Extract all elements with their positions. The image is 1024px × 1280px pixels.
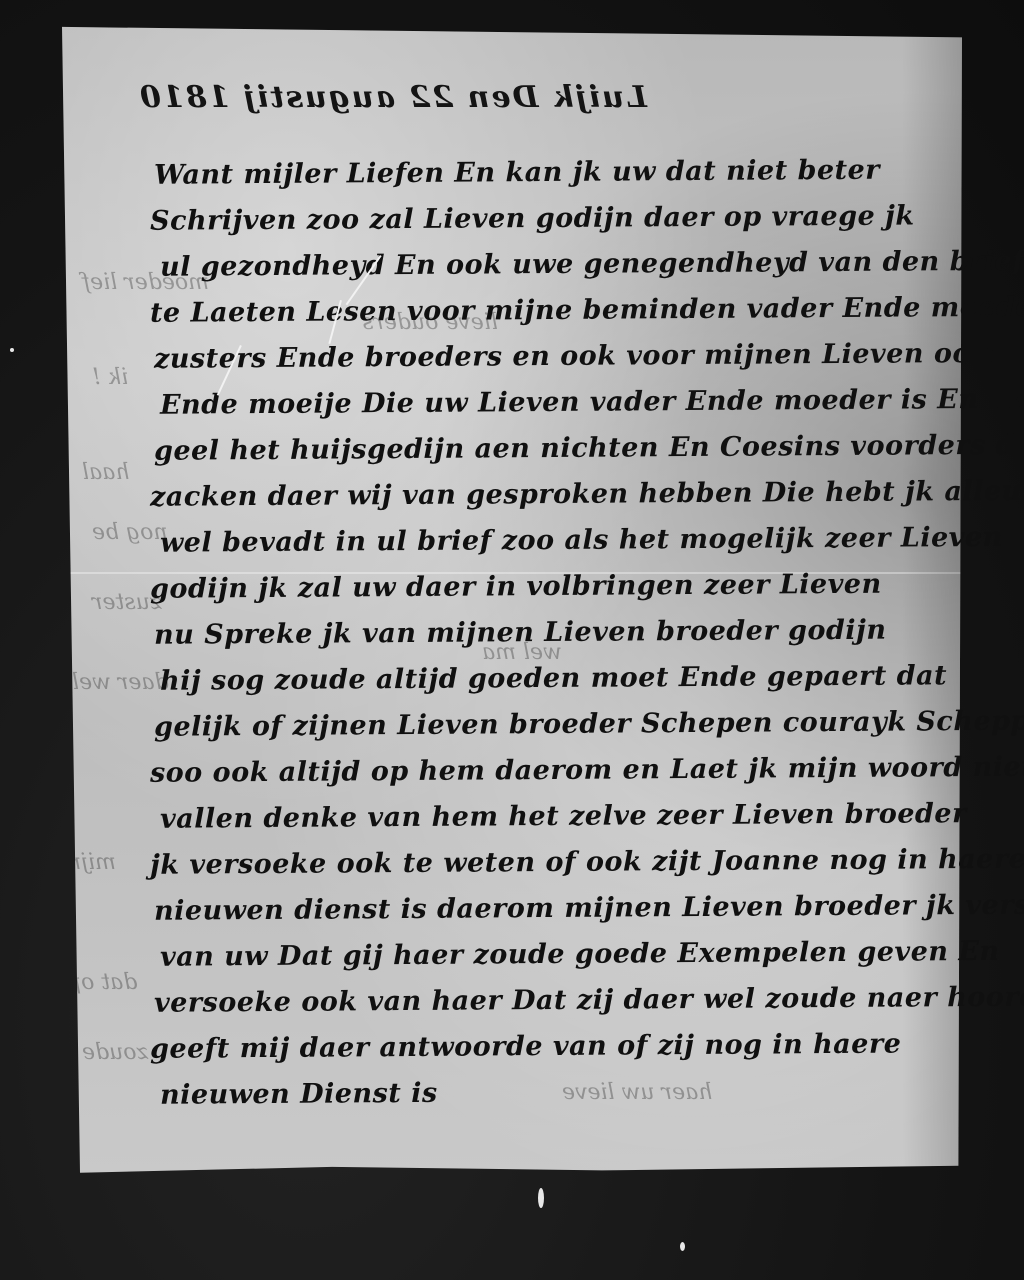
handwritten-line: zacken daer wij van gesproken hebben Die… [150, 469, 950, 521]
handwritten-line: geel het huijsgedijn aen nichten En Coes… [150, 423, 950, 475]
scan-speck [538, 1188, 544, 1208]
handwritten-line: soo ook altijd op hem daerom en Laet jk … [150, 745, 950, 797]
handwritten-line: ul gezondheyd En ook uwe genegendheyd va… [150, 239, 950, 291]
handwritten-line: geeft mij daer antwoorde van of zij nog … [150, 1021, 950, 1073]
scan-speck [680, 1242, 685, 1251]
bleed-through-text: zoude [82, 1040, 148, 1065]
handwritten-line: vallen denke van hem het zelve zeer Liev… [150, 791, 950, 843]
bleed-through-text: mijn [67, 850, 116, 875]
handwritten-line: Ende moeije Die uw Lieven vader Ende moe… [150, 377, 950, 429]
letter-body: Want mijler Liefen En kan jk uw dat niet… [150, 150, 950, 1116]
handwritten-line: nieuwen dienst is daerom mijnen Lieven b… [150, 883, 950, 935]
handwritten-line: jk versoeke ook te weten of ook zijt Joa… [150, 837, 950, 889]
scan-speck [10, 348, 14, 352]
bleed-through-text: haal [82, 460, 129, 485]
bleed-through-text: dat op [67, 970, 137, 995]
handwritten-line: Schrijven zoo zal Lieven godijn daer op … [150, 193, 950, 245]
handwritten-line: gelijk of zijnen Lieven broeder Schepen … [150, 699, 950, 751]
handwritten-line: van uw Dat gij haer zoude goede Exempele… [150, 929, 950, 981]
handwritten-line: godijn jk zal uw daer in volbringen zeer… [150, 561, 950, 613]
handwritten-line: nu Spreke jk van mijnen Lieven broeder g… [150, 607, 950, 659]
handwritten-line: te Laeten Lesen voor mijne beminden vade… [150, 285, 950, 337]
handwritten-line: hij sog zoude altijd goeden moet Ende ge… [150, 653, 950, 705]
bleed-through-text: ik ! [92, 365, 128, 390]
handwritten-line: wel bevadt in ul brief zoo als het mogel… [150, 515, 950, 567]
letter-date-line: Luijk Den 22 augustij 1810 [138, 80, 647, 115]
handwritten-line: zusters Ende broeders en ook voor mijnen… [150, 331, 950, 383]
handwritten-line: nieuwen Dienst is [150, 1067, 950, 1119]
handwritten-line: Want mijler Liefen En kan jk uw dat niet… [150, 147, 950, 199]
handwritten-line: versoeke ook van haer Dat zij daer wel z… [150, 975, 950, 1027]
scan-frame: moeder lief ik ! haal nog be zuster daer… [0, 0, 1024, 1280]
